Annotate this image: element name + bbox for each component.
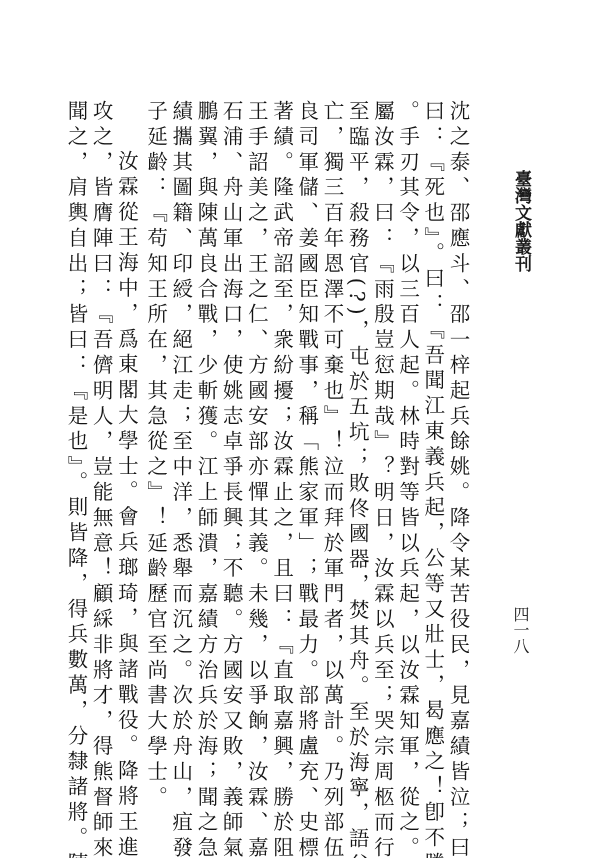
series-title-header: 臺灣文獻叢刊 [510,170,532,272]
text-column-2: 曰：『死也』。曰：『吾聞江東義兵起，公等又壯士，曷應之！卽不勝，猶緩須臾死』 [420,100,445,790]
text-column-12: 績攜其圖籍、印綬，絕江走；至中洋，悉舉而沉之。次於舟山，疽發背，卒。將死，語 [168,100,193,790]
text-column-15: 攻之，皆膺陣曰：『吾儕明人，豈能無意！顧綵非將才，得熊督師來，當立降』。汝霖 [88,100,113,790]
text-column-8: 著績。隆武帝詔至，衆紛擾；汝霖止之，且曰：『直取嘉興，勝於阻江以戰』。監國魯 [268,100,293,790]
text-column-7: 良司軍儲、姜國臣知戰事，稱「熊家軍」；戰最力。部將盧充、史標及其從子茂芳，皆 [294,100,319,790]
book-page: 臺灣文獻叢刊 四一八 沈之泰、邵應斗、邵一梓起兵餘姚。降令某苦役民，見嘉績皆泣；… [0,0,600,858]
text-column-9: 王手詔美之，王之仁、方國安部亦憚其義。未幾，以爭餉，汝霖、嘉績軍多乏食。請檄 [243,100,268,790]
text-column-11: 鵬翼，與陳萬良合戰，少斬獲。江上師潰，嘉績方治兵於海；聞之急還，監國已去。嘉 [193,100,218,790]
text-column-5: 至臨平，殺務官(?)，屯於五坑；敗佟國器，焚其舟。至於海寧，語父老曰：『國破君 [344,100,369,790]
text-column-4: 屬汝霖，曰：『雨殷豈愆期哉』？明日，汝霖以兵至；哭宗周柩而行。遂合嘉績軍，西 [369,100,394,790]
page-number: 四一八 [509,606,531,654]
text-column-10: 石浦、舟山軍出海口，使姚志卓爭長興；不聽。方國安又敗，義師氣折。汝霖乞師於張 [218,100,243,790]
text-column-16: 聞之，肩輿自出；皆曰：『是也』。則皆降，得兵數萬，分隸諸將。陳萬良、沈羽箴之 [63,100,88,790]
text-column-1: 沈之泰、邵應斗、邵一梓起兵餘姚。降令某苦役民，見嘉績皆泣；曰：『逃諸』？皆對 [445,100,470,790]
vertical-body-text: 沈之泰、邵應斗、邵一梓起兵餘姚。降令某苦役民，見嘉績皆泣；曰：『逃諸』？皆對 曰… [63,100,470,790]
text-column-3: 。手刃其令，以三百人起。林時對等皆以兵起，以汝霖知軍，從之。劉宗周將死，以兵 [394,100,419,790]
text-column-6: 亡，獨三百年恩澤不可棄也』！泣而拜於軍門者，以萬計。乃列部伍、分汛地，使俞元 [319,100,344,790]
text-column-13: 子延齡：『苟知王所在，其急從之』！延齡歷官至尚書大學士。 [142,100,167,790]
text-column-14-paragraph-start: 汝霖從王海中，爲東閣大學士。會兵瑯琦，與諸戰役。降將王進四人擁軍立，鄭綵 [113,100,138,790]
